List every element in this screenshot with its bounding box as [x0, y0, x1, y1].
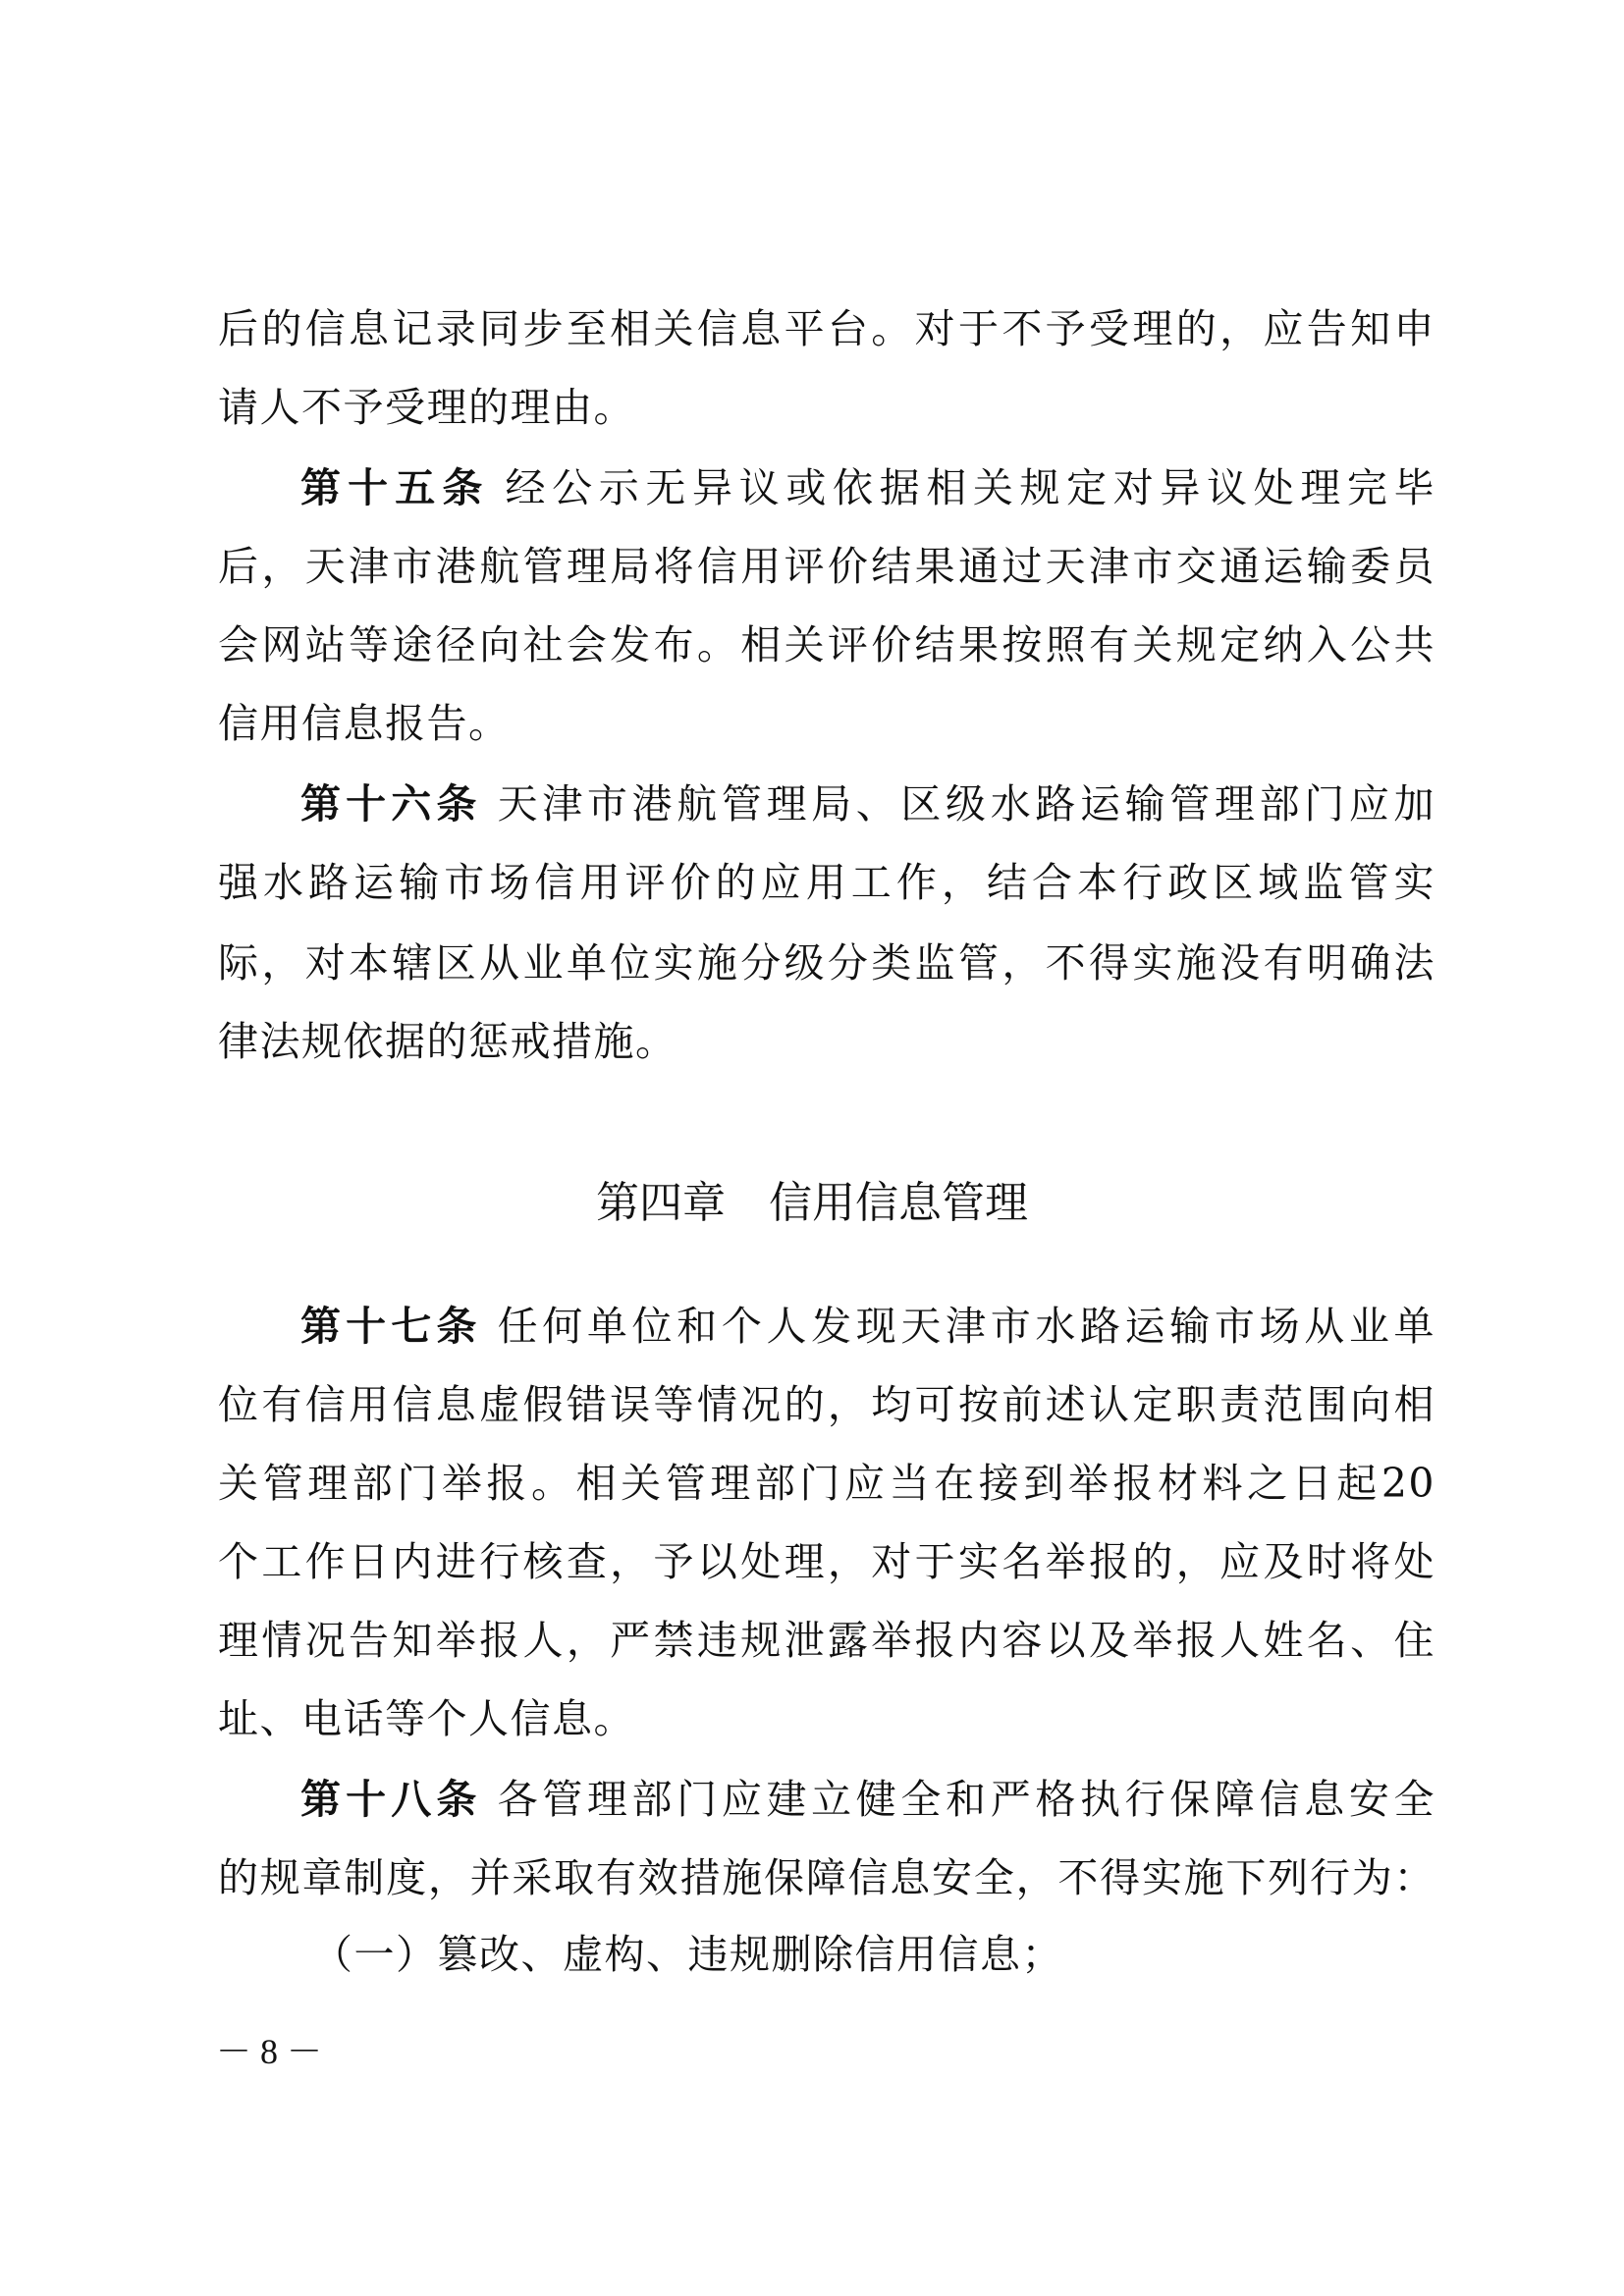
article-label: 第十六条	[300, 780, 482, 828]
article-text: 天津市港航管理局、区级水路运输管理部门应加	[498, 780, 1435, 828]
paragraph-line: 后，天津市港航管理局将信用评价结果通过天津市交通运输委员	[218, 542, 1435, 591]
list-item: （一）篡改、虚构、违规删除信用信息；	[312, 1930, 1530, 1979]
paragraph-line: 的规章制度，并采取有效措施保障信息安全，不得实施下列行为：	[218, 1853, 1435, 1902]
article-text: 各管理部门应建立健全和严格执行保障信息安全	[498, 1776, 1435, 1823]
paragraph-line: 个工作日内进行核查，予以处理，对于实名举报的，应及时将处	[218, 1537, 1435, 1586]
paragraph-line: 请人不予受理的理由。	[218, 383, 1435, 432]
paragraph-line: 后的信息记录同步至相关信息平台。对于不予受理的，应告知申	[218, 304, 1435, 353]
chapter-heading: 第四章信用信息管理	[0, 1176, 1624, 1231]
article-text: 任何单位和个人发现天津市水路运输市场从业单	[498, 1303, 1435, 1350]
article-label: 第十五条	[300, 464, 490, 511]
paragraph-line: 信用信息报告。	[218, 699, 1435, 748]
article-17-first-line: 第十七条任何单位和个人发现天津市水路运输市场从业单	[300, 1302, 1435, 1351]
document-page: 后的信息记录同步至相关信息平台。对于不予受理的，应告知申 请人不予受理的理由。 …	[0, 0, 1624, 2296]
paragraph-line: 位有信用信息虚假错误等情况的，均可按前述认定职责范围向相	[218, 1380, 1435, 1429]
article-16-first-line: 第十六条天津市港航管理局、区级水路运输管理部门应加	[300, 779, 1435, 828]
paragraph-line: 会网站等途径向社会发布。相关评价结果按照有关规定纳入公共	[218, 620, 1435, 669]
paragraph-line: 际，对本辖区从业单位实施分级分类监管，不得实施没有明确法	[218, 938, 1435, 988]
article-text: 经公示无异议或依据相关规定对异议处理完毕	[506, 464, 1435, 511]
paragraph-line: 址、电话等个人信息。	[218, 1694, 1435, 1743]
article-18-first-line: 第十八条各管理部门应建立健全和严格执行保障信息安全	[300, 1775, 1435, 1824]
paragraph-line: 律法规依据的惩戒措施。	[218, 1017, 1435, 1066]
paragraph-line: 理情况告知举报人，严禁违规泄露举报内容以及举报人姓名、住	[218, 1616, 1435, 1665]
paragraph-line: 强水路运输市场信用评价的应用工作，结合本行政区域监管实	[218, 858, 1435, 907]
article-15-first-line: 第十五条经公示无异议或依据相关规定对异议处理完毕	[300, 463, 1435, 512]
article-label: 第十七条	[300, 1303, 482, 1350]
chapter-number: 第四章	[596, 1178, 726, 1228]
chapter-title: 信用信息管理	[769, 1178, 1028, 1228]
page-number: － 8 －	[216, 2032, 322, 2071]
paragraph-line: 关管理部门举报。相关管理部门应当在接到举报材料之日起20	[218, 1459, 1435, 1508]
article-label: 第十八条	[300, 1776, 482, 1823]
